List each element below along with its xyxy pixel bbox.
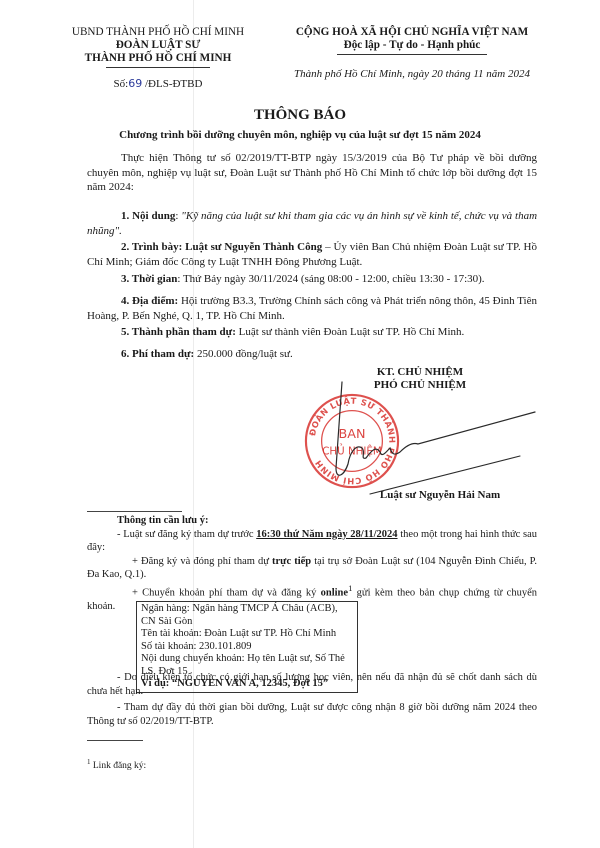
- header-left: UBND THÀNH PHỐ HỒ CHÍ MINH ĐOÀN LUẬT SƯ …: [58, 26, 258, 91]
- document-subtitle: Chương trình bồi dưỡng chuyên môn, nghiệ…: [0, 129, 600, 141]
- item-fee: 6. Phí tham dự: 250.000 đồng/luật sư.: [87, 347, 537, 362]
- notes-heading: Thông tin cần lưu ý:: [87, 514, 537, 528]
- notes-separator: [87, 511, 182, 512]
- bank-name: Ngân hàng: Ngân hàng TMCP Á Châu (ACB), …: [141, 603, 353, 628]
- note-text: + Đăng ký và đóng phí tham dự: [132, 556, 272, 567]
- intro-text: Thực hiện Thông tư số 02/2019/TT-BTP ngà…: [87, 151, 537, 195]
- authority-name: UBND THÀNH PHỐ HỒ CHÍ MINH: [58, 26, 258, 39]
- note-emphasis: online: [321, 587, 348, 598]
- handwritten-signature: [330, 380, 545, 500]
- note-registration: - Luật sư đăng ký tham dự trước 16:30 th…: [87, 528, 537, 555]
- place-date: Thành phố Hồ Chí Minh, ngày 20 tháng 11 …: [262, 68, 562, 80]
- signer-title-line1: KT. CHỦ NHIỆM: [360, 366, 480, 379]
- registration-deadline: 16:30 thứ Năm ngày 28/11/2024: [256, 529, 397, 540]
- notes-section: Thông tin cần lưu ý: - Luật sư đăng ký t…: [87, 514, 537, 613]
- intro-paragraph: Thực hiện Thông tư số 02/2019/TT-BTP ngà…: [87, 151, 537, 195]
- note-option-direct: + Đăng ký và đóng phí tham dự trực tiếp …: [87, 555, 537, 582]
- account-number: Số tài khoản: 230.101.809: [141, 641, 353, 654]
- footnote-text[interactable]: Link đăng ký:: [91, 761, 147, 771]
- item-value: 250.000 đồng/luật sư.: [197, 348, 293, 360]
- item-label: 5. Thành phần tham dự:: [121, 326, 236, 338]
- doc-number: Số:69 /ĐLS-ĐTBD: [58, 77, 258, 91]
- header-right: CỘNG HOÀ XÃ HỘI CHỦ NGHĨA VIỆT NAM Độc l…: [262, 26, 562, 55]
- footnote-separator: [87, 740, 143, 741]
- item-content: 1. Nội dung: "Kỹ năng của luật sư khi th…: [87, 209, 537, 238]
- document-page: UBND THÀNH PHỐ HỒ CHÍ MINH ĐOÀN LUẬT SƯ …: [0, 0, 600, 848]
- item-label: 6. Phí tham dự:: [121, 348, 194, 360]
- account-name: Tên tài khoản: Đoàn Luật sư TP. Hồ Chí M…: [141, 628, 353, 641]
- note-emphasis: trực tiếp: [272, 556, 311, 567]
- item-venue: 4. Địa điểm: Hội trường B3.3, Trường Chí…: [87, 294, 537, 323]
- item-presenter: 2. Trình bày: Luật sư Nguyễn Thành Công …: [87, 240, 537, 269]
- doc-number-prefix: Số:: [114, 78, 129, 90]
- item-label: 1. Nội dung: [121, 210, 175, 222]
- notes-limits: - Do điều kiện tổ chức có giới hạn số lư…: [87, 671, 537, 728]
- header-left-rule: [106, 67, 210, 68]
- header-right-rule: [337, 54, 487, 55]
- signer-name: Luật sư Nguyễn Hải Nam: [360, 489, 520, 501]
- note-text: + Chuyển khoản phí tham dự và đăng ký: [132, 587, 321, 598]
- document-title: THÔNG BÁO: [0, 107, 600, 124]
- item-label: 4. Địa điểm:: [121, 295, 178, 307]
- nation-name: CỘNG HOÀ XÃ HỘI CHỦ NGHĨA VIỆT NAM: [262, 26, 562, 39]
- org-name-line2: THÀNH PHỐ HỒ CHÍ MINH: [58, 52, 258, 65]
- national-motto: Độc lập - Tự do - Hạnh phúc: [262, 39, 562, 52]
- org-name-line1: ĐOÀN LUẬT SƯ: [58, 39, 258, 52]
- footnote: 1 Link đăng ký:: [87, 758, 146, 771]
- note-limit: - Do điều kiện tổ chức có giới hạn số lư…: [87, 671, 537, 698]
- item-label: 2. Trình bày: Luật sư Nguyễn Thành Công: [121, 241, 322, 253]
- item-value: Luật sư thành viên Đoàn Luật sư TP. Hồ C…: [239, 326, 465, 338]
- doc-number-value: 69: [128, 77, 142, 90]
- note-credit: - Tham dự đầy đủ thời gian bồi dưỡng, Lu…: [87, 701, 537, 728]
- item-participants: 5. Thành phần tham dự: Luật sư thành viê…: [87, 325, 537, 340]
- item-label: 3. Thời gian: [121, 273, 177, 285]
- item-time: 3. Thời gian: Thứ Bảy ngày 30/11/2024 (s…: [87, 272, 537, 287]
- item-sep: –: [322, 241, 333, 253]
- doc-number-suffix: /ĐLS-ĐTBD: [142, 78, 202, 90]
- note-text: - Luật sư đăng ký tham dự trước: [117, 529, 256, 540]
- item-value: Thứ Bảy ngày 30/11/2024 (sáng 08:00 - 12…: [183, 273, 485, 285]
